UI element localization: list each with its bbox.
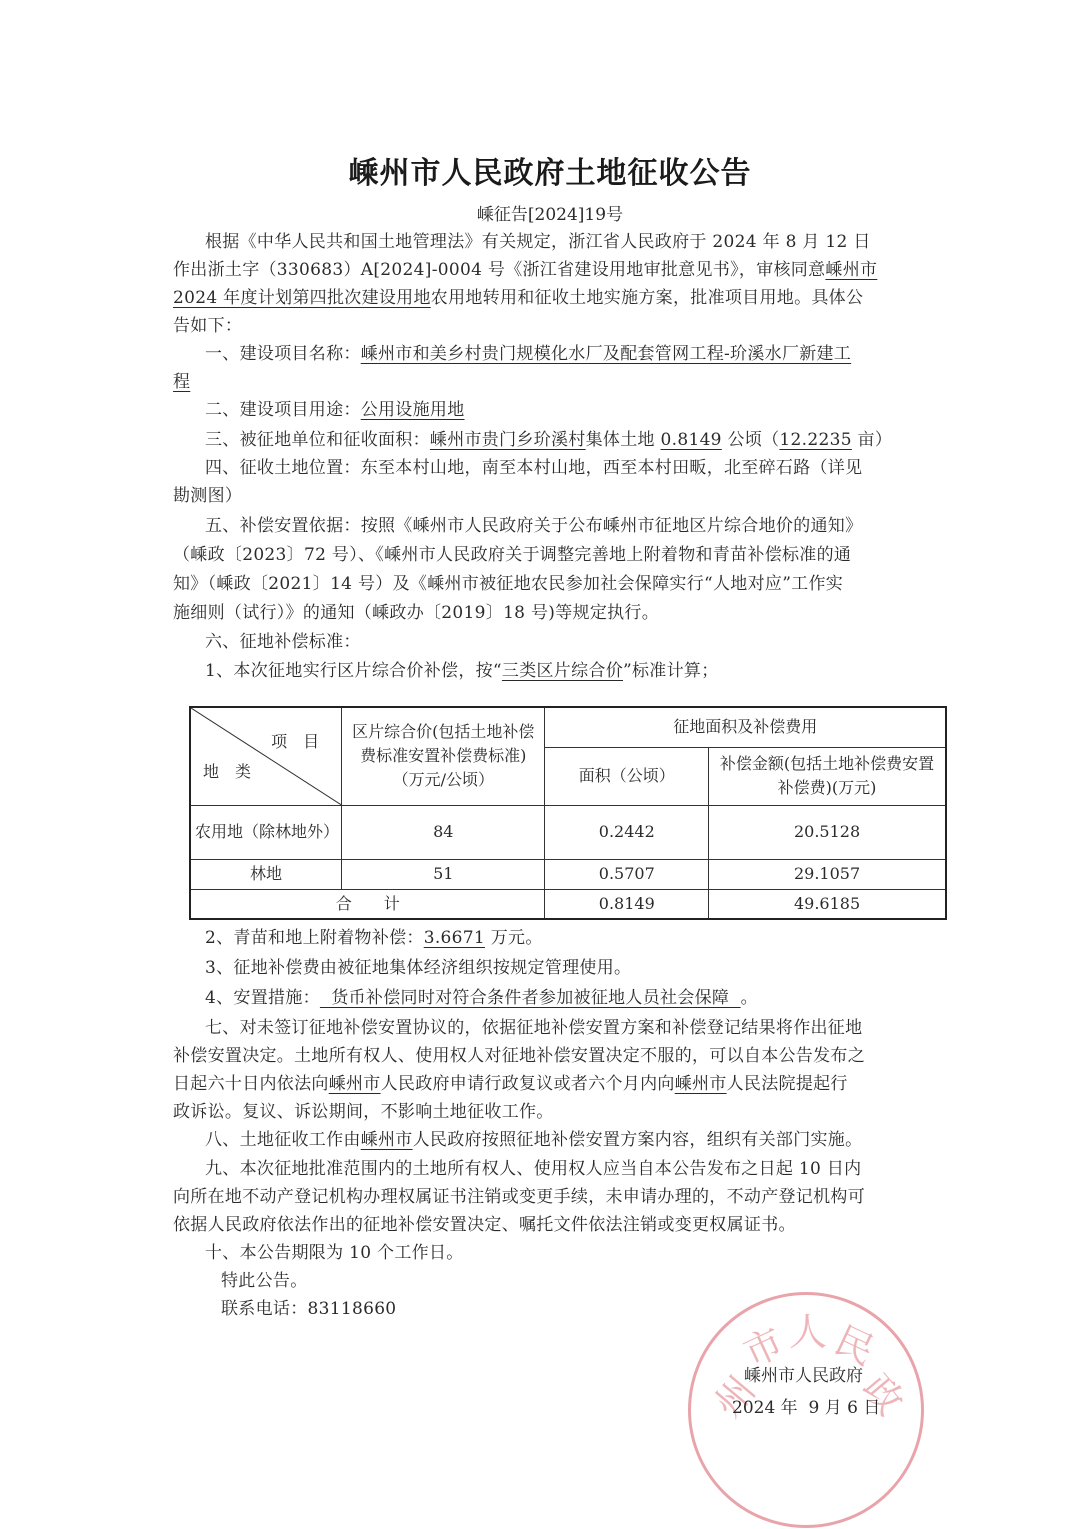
- section-5-line4: 施细则（试行）》的通知（嵊政办〔2019〕18 号)等规定执行。: [173, 599, 923, 627]
- section-4-cont: 勘测图）: [173, 482, 923, 510]
- compensation-table: 项 目 地 类 区片综合价(包括土地补偿费标准安置补偿费标准)（万元/公顷） 征…: [189, 706, 947, 920]
- project-purpose: 公用设施用地: [361, 400, 465, 420]
- section-5: 五、补偿安置依据：按照《嵊州市人民政府关于公布嵊州市征地区片综合地价的通知》: [205, 512, 925, 540]
- land-unit: 嵊州市贵门乡玠溪村: [430, 430, 586, 450]
- section-4: 四、征收土地位置：东至本村山地，南至本村山地，西至本村田畈，北至碎石路（详见: [205, 454, 925, 482]
- section-7-line4: 政诉讼。复议、诉讼期间，不影响土地征收工作。: [173, 1098, 923, 1126]
- city-name: 嵊州市: [825, 260, 877, 280]
- document-title: 嵊州市人民政府土地征收公告: [0, 148, 1080, 192]
- section-5-line3: 知》（嵊政〔2021〕14 号）及《嵊州市被征地农民参加社会保障实行“人地对应”…: [173, 570, 923, 598]
- announcement-page: 嵊州市人民政府土地征收公告 嵊征告[2024]19号 根据《中华人民共和国土地管…: [0, 0, 1080, 1529]
- project-name: 嵊州市和美乡村贵门规模化水厂及配套管网工程-玠溪水厂新建工: [361, 344, 851, 364]
- intro-line-1: 根据《中华人民共和国土地管理法》有关规定，浙江省人民政府于 2024 年 8 月…: [205, 228, 925, 256]
- section-6-item-2: 2、青苗和地上附着物补偿：3.6671 万元。: [205, 924, 925, 952]
- table-row: 林地 51 0.5707 29.1057: [190, 859, 946, 889]
- section-9: 九、本次征地批准范围内的土地所有权人、使用权人应当自本公告发布之日起 10 日内: [205, 1155, 925, 1183]
- section-6-item-4: 4、安置措施： 货币补偿同时对符合条件者参加被征地人员社会保障 。: [205, 984, 925, 1012]
- header-amount: 补偿金额(包括土地补偿费安置补偿费)(万元): [709, 747, 946, 805]
- resettlement-measure: 货币补偿同时对符合条件者参加被征地人员社会保障: [320, 988, 741, 1008]
- intro-line-4: 告如下：: [173, 312, 923, 340]
- batch-name: 2024 年度计划第四批次建设用地: [173, 288, 431, 308]
- area-mu: 12.2235: [779, 430, 851, 450]
- section-7-line3: 日起六十日内依法向嵊州市人民政府申请行政复议或者六个月内向嵊州市人民法院提起行: [173, 1070, 923, 1098]
- section-5-line2: （嵊政〔2023〕72 号）、《嵊州市人民政府关于调整完善地上附着物和青苗补偿标…: [173, 541, 923, 569]
- intro-line-3: 2024 年度计划第四批次建设用地农用地转用和征收土地实施方案，批准项目用地。具…: [173, 284, 923, 312]
- section-7-line2: 补偿安置决定。土地所有权人、使用权人对征地补偿安置决定不服的，可以自本公告发布之: [173, 1042, 923, 1070]
- section-6-item-3: 3、征地补偿费由被征地集体经济组织按规定管理使用。: [205, 954, 925, 982]
- header-zone-price: 区片综合价(包括土地补偿费标准安置补偿费标准)（万元/公顷）: [342, 707, 545, 805]
- signature-block: 嵊州市人民政府 2024 年 9 月 6 日: [740, 1360, 880, 1424]
- issue-date: 2024 年 9 月 6 日: [732, 1392, 880, 1424]
- header-area: 面积（公顷）: [545, 747, 709, 805]
- table-corner-cell: 项 目 地 类: [190, 707, 342, 805]
- issuing-authority: 嵊州市人民政府: [740, 1360, 880, 1392]
- section-8: 八、土地征收工作由嵊州市人民政府按照征地补偿安置方案内容，组织有关部门实施。: [205, 1126, 925, 1154]
- section-3: 三、被征地单位和征收面积：嵊州市贵门乡玠溪村集体土地 0.8149 公顷（12.…: [205, 426, 925, 454]
- table-row: 农用地（除林地外） 84 0.2442 20.5128: [190, 805, 946, 859]
- section-6: 六、征地补偿标准：: [205, 628, 925, 656]
- section-9-line3: 依据人民政府依法作出的征地补偿安置决定、嘱托文件依法注销或变更权属证书。: [173, 1211, 923, 1239]
- crop-compensation: 3.6671: [424, 928, 485, 948]
- area-hectares: 0.8149: [661, 430, 722, 450]
- section-7: 七、对未签订征地补偿安置协议的，依据征地补偿安置方案和补偿登记结果将作出征地: [205, 1014, 925, 1042]
- section-1-cont: 程: [173, 368, 923, 396]
- section-6-item-1: 1、本次征地实行区片综合价补偿，按“三类区片综合价”标准计算；: [205, 657, 925, 685]
- document-number: 嵊征告[2024]19号: [0, 200, 1080, 225]
- section-2: 二、建设项目用途：公用设施用地: [205, 396, 925, 424]
- closing-statement: 特此公告。: [221, 1267, 971, 1295]
- table-total-row: 合 计 0.8149 49.6185: [190, 889, 946, 919]
- zone-price-class: 三类区片综合价: [502, 661, 623, 681]
- intro-line-2: 作出浙土字（330683）A[2024]-0004 号《浙江省建设用地审批意见书…: [173, 256, 923, 284]
- section-1: 一、建设项目名称：嵊州市和美乡村贵门规模化水厂及配套管网工程-玠溪水厂新建工: [205, 340, 925, 368]
- section-9-line2: 向所在地不动产登记机构办理权属证书注销或变更手续，未申请办理的，不动产登记机构可: [173, 1183, 923, 1211]
- section-10: 十、本公告期限为 10 个工作日。: [205, 1239, 925, 1267]
- diagonal-line: [191, 708, 343, 806]
- header-area-cost-group: 征地面积及补偿费用: [545, 707, 946, 747]
